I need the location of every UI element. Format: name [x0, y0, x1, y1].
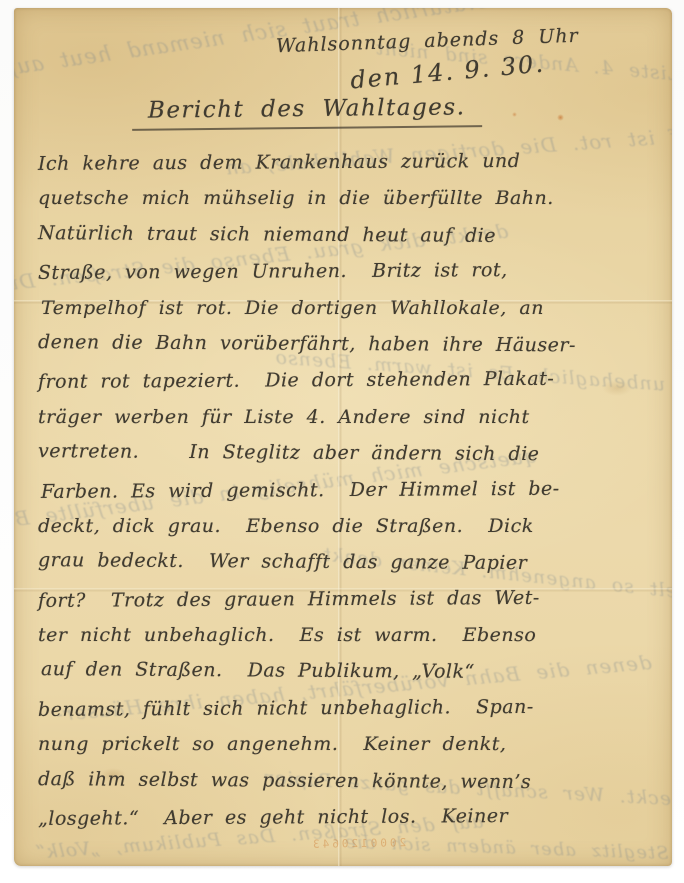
manuscript-line: fort? Trotz des grauen Himmels ist das W…: [38, 579, 660, 619]
manuscript-line: deckt, dick grau. Ebenso die Straßen. Di…: [38, 508, 660, 544]
manuscript-line: träger werben für Liste 4. Andere sind n…: [38, 399, 660, 435]
archive-stamp-number-bleedthrough: 2000120643: [310, 836, 406, 851]
letter-scan: Natürlich traut sich niemand heut auf di…: [0, 0, 684, 883]
foxing-spot: [512, 112, 517, 117]
foxing-spot: [557, 114, 564, 121]
bleedthrough-handwriting: vertreten. In Steglitz aber ändern sich …: [344, 832, 672, 866]
letter-body: Ich kehre aus dem Krankenhaus zurück und…: [38, 144, 660, 835]
document-title: Bericht des Wahltages.: [132, 94, 482, 131]
manuscript-line: quetsche mich mühselig in die überfüllte…: [38, 180, 660, 216]
manuscript-line: grau bedeckt. Wer schafft das ganze Papi…: [38, 542, 660, 582]
manuscript-line: ter nicht unbehaglich. Es ist warm. Eben…: [38, 617, 660, 653]
manuscript-line: front rot tapeziert. Die dort stehenden …: [38, 360, 660, 400]
manuscript-line: vertreten. In Steglitz aber ändern sich …: [38, 433, 660, 473]
manuscript-line: auf den Straßen. Das Publikum, „Volk“: [41, 652, 660, 692]
manuscript-line: benamst, fühlt sich nicht unbehaglich. S…: [38, 688, 660, 728]
manuscript-line: daß ihm selbst was passieren könnte, wen…: [38, 761, 660, 801]
manuscript-line: Ich kehre aus dem Krankenhaus zurück und: [38, 142, 660, 182]
manuscript-line: Farben. Es wird gemischt. Der Himmel ist…: [41, 470, 660, 510]
manuscript-line: nung prickelt so angenehm. Keiner denkt,: [38, 726, 660, 762]
manuscript-line: Tempelhof ist rot. Die dortigen Wahlloka…: [41, 290, 660, 326]
manuscript-line: denen die Bahn vorüberfährt, haben ihre …: [38, 324, 660, 364]
manuscript-line: Natürlich traut sich niemand heut auf di…: [38, 215, 660, 255]
dateline-date: den 14. 9. 30.: [349, 50, 546, 95]
manuscript-line: „losgeht.“ Aber es geht nicht los. Keine…: [38, 797, 660, 837]
manuscript-line: Straße, von wegen Unruhen. Britz ist rot…: [38, 251, 660, 291]
letter-paper-sheet: Natürlich traut sich niemand heut auf di…: [14, 8, 672, 866]
